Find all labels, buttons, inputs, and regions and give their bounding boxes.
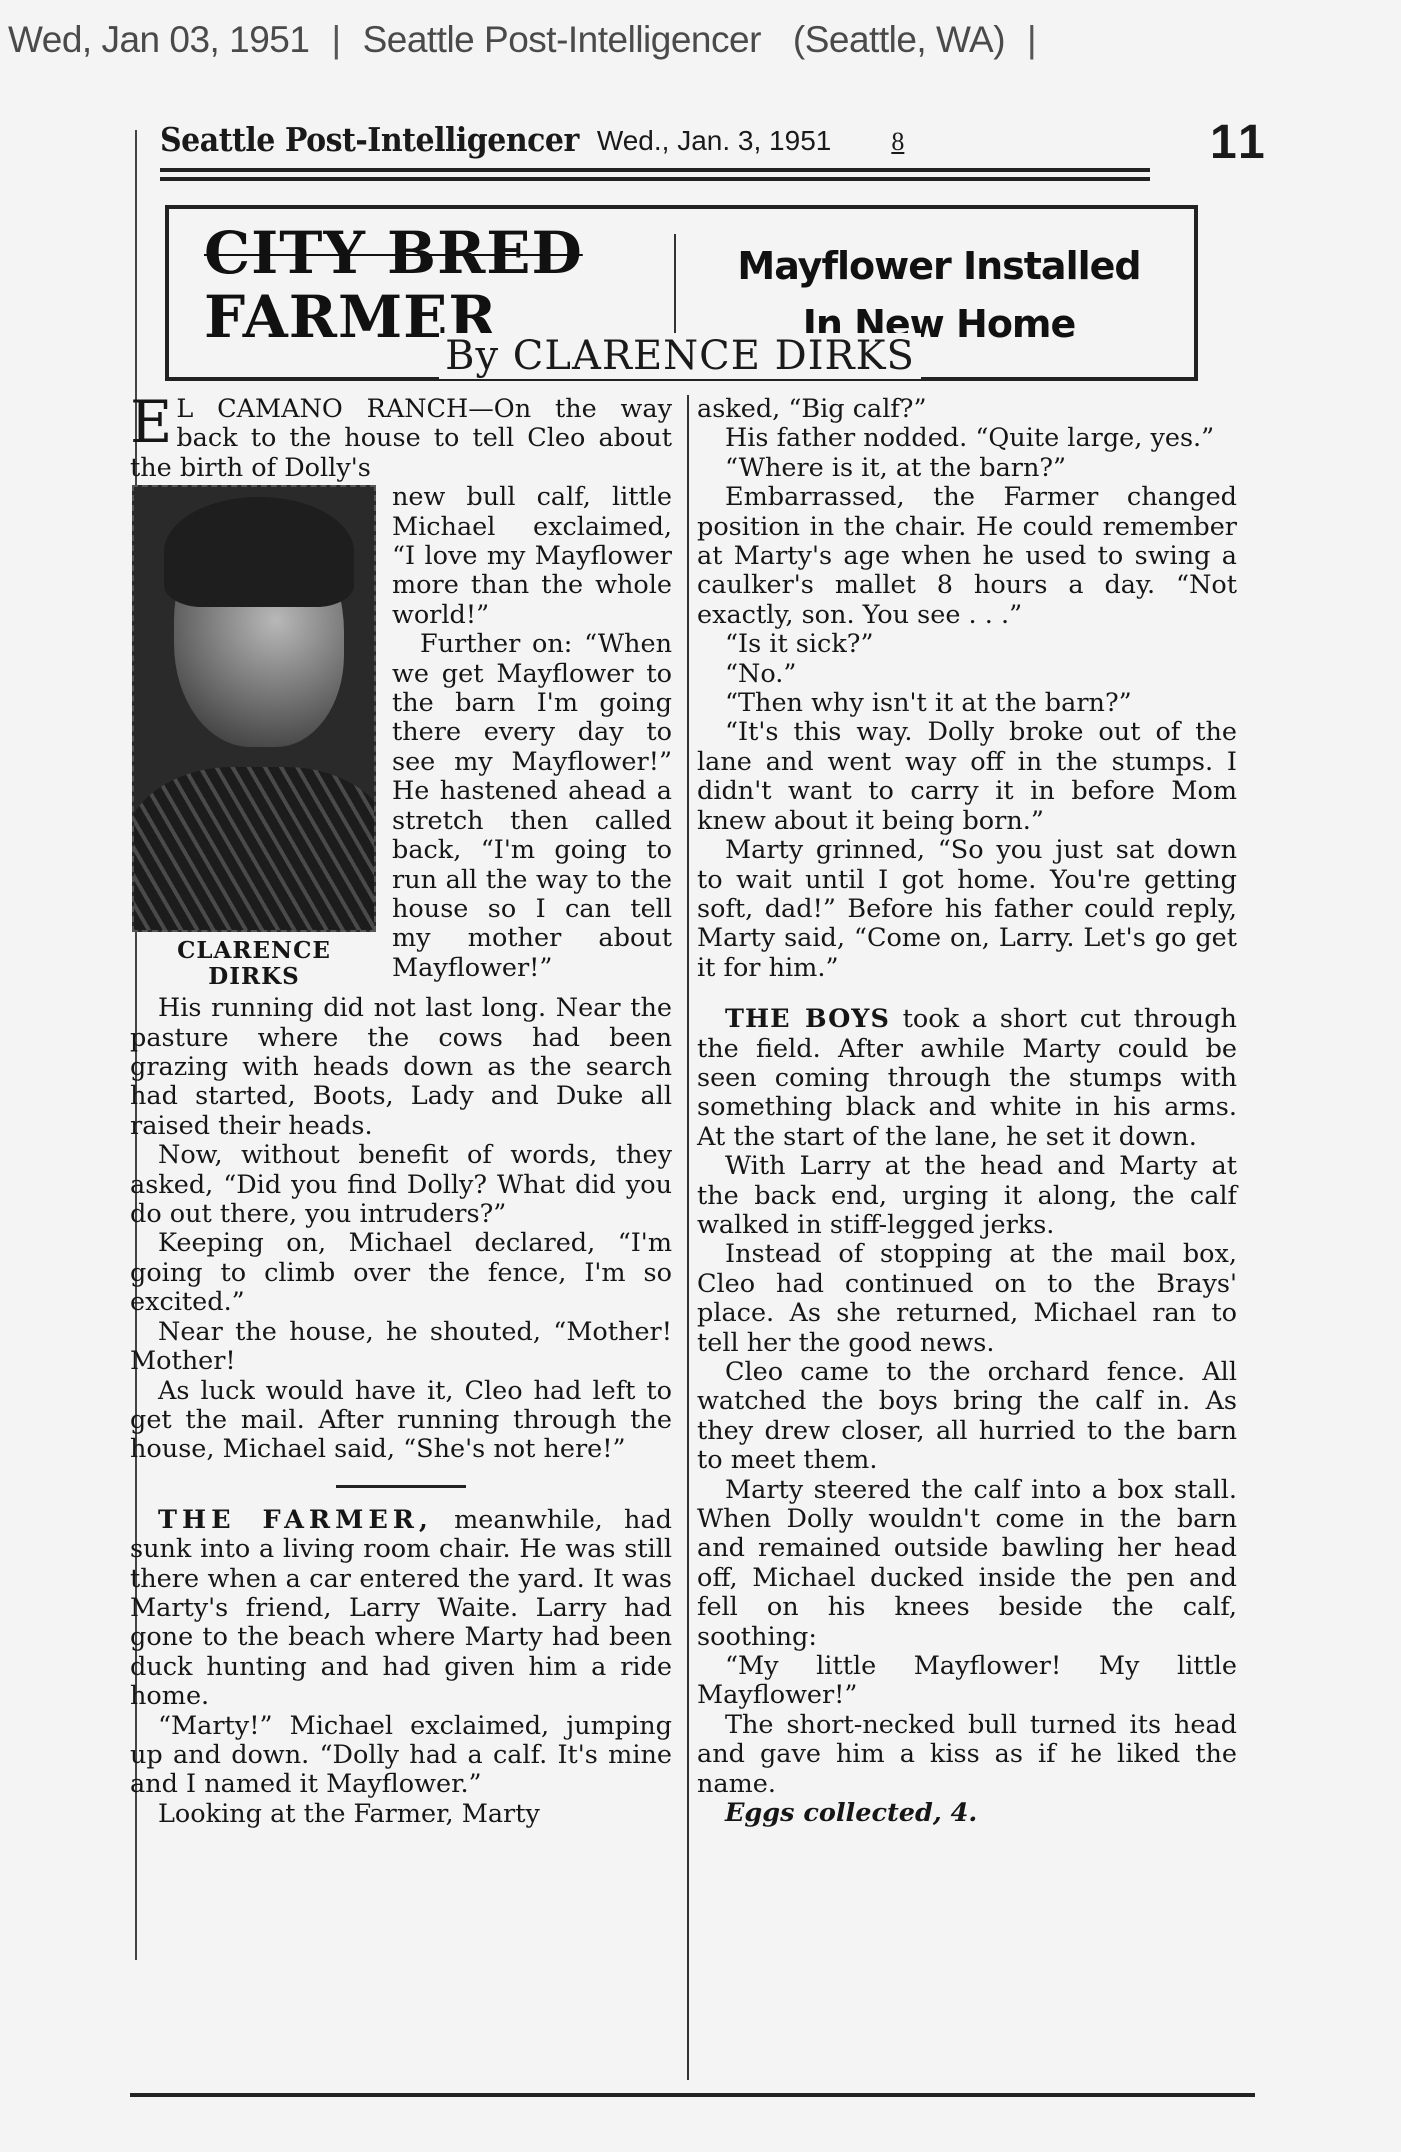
masthead-date: Wed., Jan. 3, 1951 <box>597 125 832 157</box>
eggs-collected-note: Eggs collected, 4. <box>697 1799 1237 1828</box>
photo-shoulders <box>132 767 376 932</box>
paragraph: As luck would have it, Cleo had left to … <box>130 1377 672 1465</box>
lead-paragraph: EL CAMANO RANCH—On the way back to the h… <box>130 395 672 483</box>
paragraph: THE BOYS took a short cut through the fi… <box>697 1005 1237 1152</box>
paragraph: With Larry at the head and Marty at the … <box>697 1152 1237 1240</box>
clipping-header-bar: Wed, Jan 03, 1951 | Seattle Post-Intelli… <box>0 0 1401 80</box>
section-lead: THE BOYS <box>725 1004 890 1034</box>
masthead-rule <box>160 168 1150 172</box>
paragraph: Cleo came to the orchard fence. All watc… <box>697 1358 1237 1476</box>
paragraph-text: meanwhile, had sunk into a living room c… <box>130 1505 672 1711</box>
drop-cap: E <box>130 397 172 447</box>
paragraph: His father nodded. “Quite large, yes.” <box>697 424 1237 453</box>
paragraph: “It's this way. Dolly broke out of the l… <box>697 718 1237 836</box>
publication-name: Seattle Post-Intelligencer <box>363 19 761 61</box>
column-title: CITY BRED FARMER <box>204 221 694 349</box>
photo-caption-line: DIRKS <box>177 964 331 990</box>
paragraph: THE FARMER, meanwhile, had sunk into a l… <box>130 1506 672 1712</box>
masthead-paper-name: Seattle Post-Intelligencer <box>160 121 579 160</box>
paragraph: Marty grinned, “So you just sat down to … <box>697 836 1237 983</box>
author-photo <box>132 485 376 932</box>
article-column-right: asked, “Big calf?” His father nodded. “Q… <box>697 395 1237 1829</box>
newspaper-clipping: Seattle Post-Intelligencer Wed., Jan. 3,… <box>130 115 1380 2115</box>
paragraph: “Marty!” Michael exclaimed, jumping up a… <box>130 1712 672 1800</box>
paragraph: “No.” <box>697 660 1237 689</box>
paragraph: asked, “Big calf?” <box>697 395 1237 424</box>
bottom-rule <box>130 2093 1255 2097</box>
header-end-separator: | <box>1027 19 1036 61</box>
publication-location: (Seattle, WA) <box>793 19 1005 61</box>
paragraph: Near the house, he shouted, “Mother! Mot… <box>130 1318 672 1377</box>
paragraph: His running did not last long. Near the … <box>130 994 672 1141</box>
paragraph: Looking at the Farmer, Marty <box>130 1800 672 1829</box>
section-rule <box>336 1485 466 1488</box>
paragraph: Marty steered the calf into a box stall.… <box>697 1476 1237 1652</box>
header-separator: | <box>331 19 340 61</box>
column-title-line: CITY BRED <box>204 221 694 285</box>
masthead-page-number: 11 <box>1210 115 1269 170</box>
paragraph: “My little Mayflower! My little Mayflowe… <box>697 1652 1237 1711</box>
photo-hair <box>164 497 354 607</box>
byline-text: By CLARENCE DIRKS <box>439 333 921 379</box>
column-divider <box>687 395 689 2080</box>
lead-text: L CAMANO RANCH—On the way back to the ho… <box>130 394 672 483</box>
paragraph: The short-necked bull turned its head an… <box>697 1711 1237 1799</box>
paragraph: “Is it sick?” <box>697 630 1237 659</box>
paragraph: “Then why isn't it at the barn?” <box>697 689 1237 718</box>
paragraph: Keeping on, Michael declared, “I'm going… <box>130 1229 672 1317</box>
clipping-date: Wed, Jan 03, 1951 <box>8 19 309 61</box>
author-photo-box: CLARENCE DIRKS <box>130 485 378 990</box>
masthead-rule <box>160 177 1150 181</box>
section-lead: THE FARMER, <box>158 1505 433 1535</box>
headline-line: Mayflower Installed <box>689 237 1189 295</box>
paragraph: Now, without benefit of words, they aske… <box>130 1141 672 1229</box>
article-column-left: EL CAMANO RANCH—On the way back to the h… <box>130 395 672 1829</box>
photo-caption: CLARENCE DIRKS <box>177 938 331 990</box>
byline: By CLARENCE DIRKS <box>130 333 1230 379</box>
photo-caption-line: CLARENCE <box>177 938 331 964</box>
masthead-section: 8 <box>891 127 904 157</box>
masthead: Seattle Post-Intelligencer Wed., Jan. 3,… <box>160 123 1160 163</box>
paragraph: Instead of stopping at the mail box, Cle… <box>697 1240 1237 1358</box>
paragraph: “Where is it, at the barn?” <box>697 454 1237 483</box>
paragraph: Embarrassed, the Farmer changed position… <box>697 483 1237 630</box>
